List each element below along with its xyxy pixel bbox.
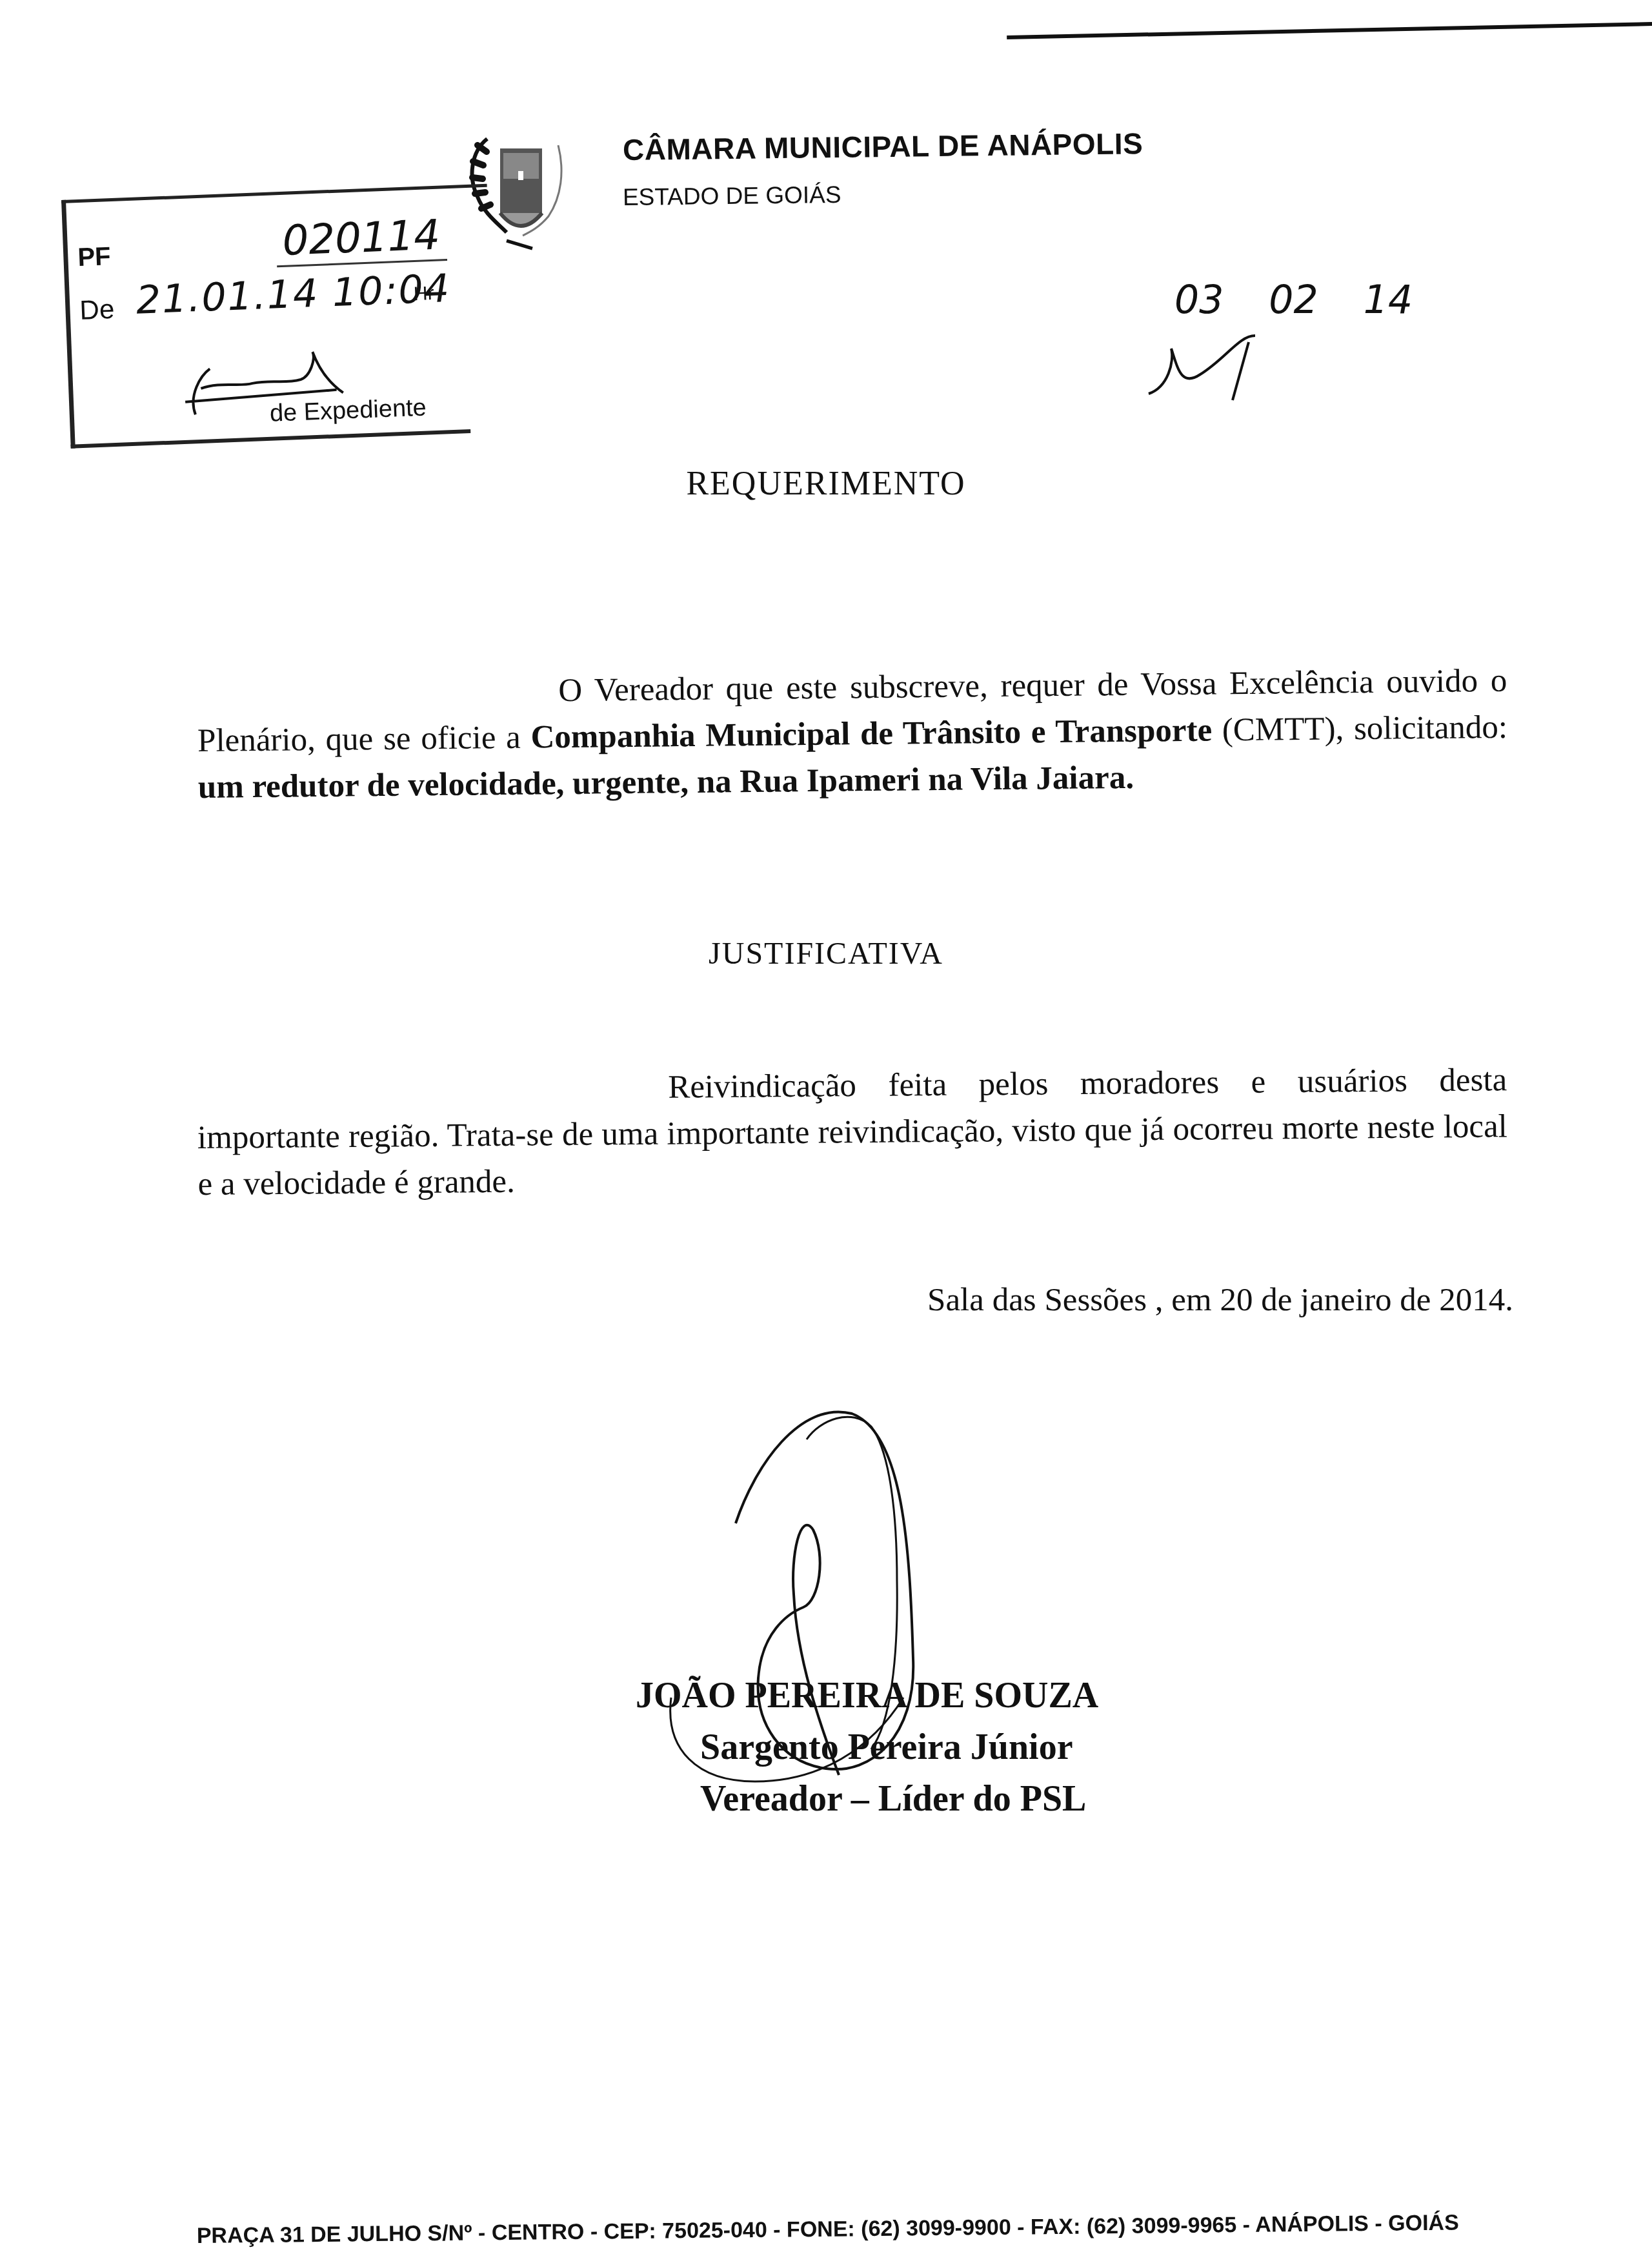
justification-text: Reivindicação feita pelos moradores e us… — [197, 1062, 1507, 1203]
receipt-year: 14 — [1364, 278, 1413, 323]
receipt-day: 03 — [1174, 278, 1224, 323]
stamp-department: de Expediente — [269, 394, 427, 428]
stamp-date-label: De — [79, 294, 116, 326]
justification-heading: JUSTIFICATIVA — [0, 936, 1652, 971]
footer-address: PRAÇA 31 DE JULHO S/Nº - CENTRO - CEP: 7… — [197, 2211, 1459, 2249]
request-text-b: (CMTT), solicitando: — [1212, 709, 1507, 749]
request-subject: um redutor de velocidade, urgente, na Ru… — [198, 760, 1134, 806]
institution-state: ESTADO DE GOIÁS — [623, 181, 841, 211]
stamp-border — [61, 200, 76, 449]
receipt-initials-icon — [1142, 323, 1355, 407]
closing-date-line: Sala das Sessões , em 20 de janeiro de 2… — [927, 1281, 1513, 1319]
request-addressee: Companhia Municipal de Trânsito e Transp… — [530, 713, 1212, 756]
signatory-name: JOÃO PEREIRA DE SOUZA — [636, 1675, 1098, 1716]
signatory-alias: Sargento Pereira Júnior — [700, 1727, 1073, 1768]
request-paragraph: O Vereador que este subscreve, requer de… — [197, 658, 1508, 811]
stamp-protocol-number: 020114 — [275, 211, 447, 267]
stamp-border — [61, 184, 487, 203]
stamp-prefix: PF — [77, 242, 112, 272]
document-title: REQUERIMENTO — [0, 465, 1652, 503]
protocol-stamp: PF 020114 De 21.01.14 10:04 Hr de Expedi… — [61, 184, 496, 449]
justification-paragraph: Reivindicação feita pelos moradores e us… — [197, 1057, 1508, 1208]
signatory-role: Vereador – Líder do PSL — [700, 1778, 1086, 1820]
stamp-border — [71, 429, 471, 449]
stamp-date: 21.01.14 10:04 — [136, 266, 451, 323]
receipt-date: 030214 — [1174, 278, 1458, 323]
receipt-month: 02 — [1269, 278, 1318, 323]
stamp-time-unit: Hr — [413, 283, 434, 305]
top-scan-line — [1007, 22, 1652, 39]
institution-name: CÂMARA MUNICIPAL DE ANÁPOLIS — [623, 126, 1143, 167]
